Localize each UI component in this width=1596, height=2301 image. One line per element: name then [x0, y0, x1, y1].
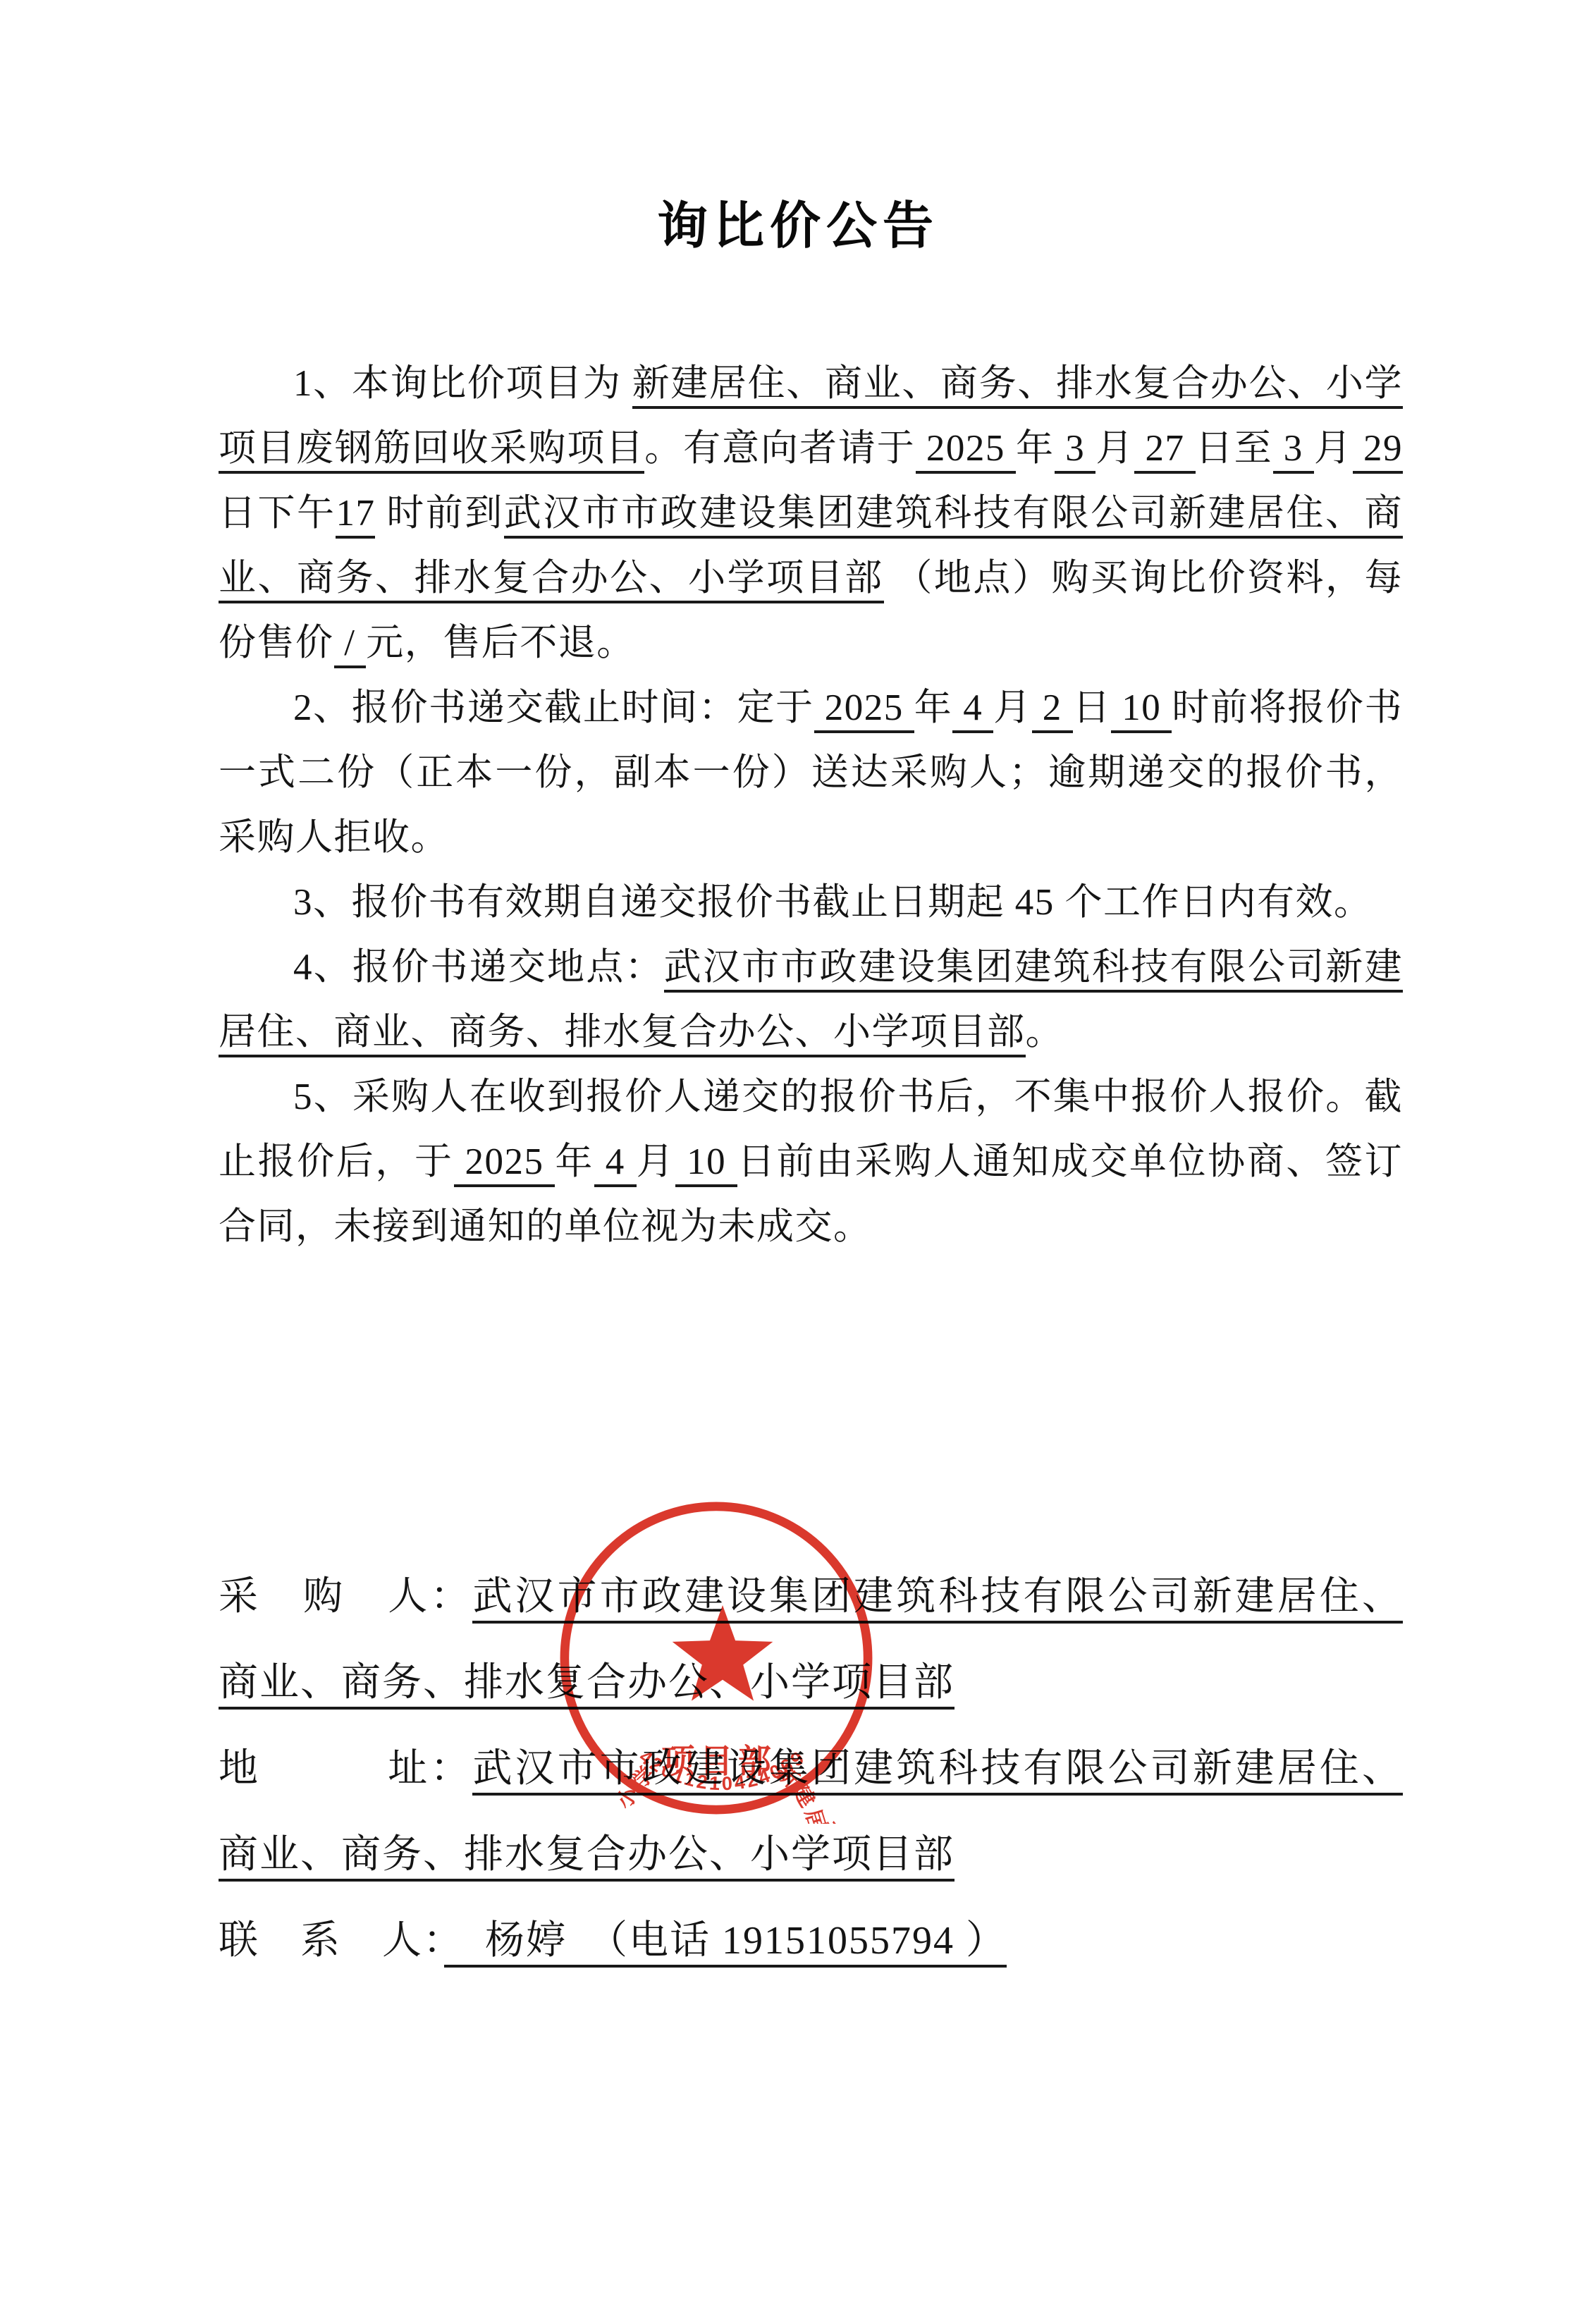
- underlined-fill-in-text: /: [334, 622, 367, 668]
- body-text: 年: [914, 687, 953, 728]
- underlined-fill-in-text: 3: [1273, 428, 1314, 474]
- underlined-fill-in-text: 3: [1055, 428, 1095, 474]
- seal-star: [673, 1605, 773, 1701]
- paragraph-4: 4、报价书递交地点：武汉市市政建设集团建筑科技有限公司新建居住、商业、商务、排水…: [219, 935, 1403, 1064]
- underlined-fill-in-text: 10: [675, 1141, 737, 1187]
- underlined-fill-in-text: 2: [1032, 687, 1073, 733]
- paragraph-1: 1、本询比价项目为 新建居住、商业、商务、排水复合办公、小学项目废钢筋回收采购项…: [219, 351, 1403, 675]
- body-text: 。有意向者请于: [644, 428, 916, 469]
- body-text: 年: [1016, 428, 1055, 469]
- underlined-fill-in-text: 10: [1111, 687, 1172, 733]
- body-text: 月: [637, 1141, 676, 1182]
- underlined-fill-in-text: 4: [594, 1141, 637, 1187]
- body-text: 元，售后不退。: [366, 622, 635, 663]
- body-text: 年: [555, 1141, 594, 1182]
- underlined-fill-in-text: 2025: [814, 687, 914, 733]
- paragraph-3: 3、报价书有效期自递交报价书截止日期起 45 个工作日内有效。: [219, 870, 1403, 935]
- body-text: 日: [1073, 687, 1112, 728]
- contact-label: 联 系 人：: [219, 1919, 444, 1963]
- underlined-fill-in-text: 2025: [454, 1141, 555, 1187]
- document-page: 询比价公告 1、本询比价项目为 新建居住、商业、商务、排水复合办公、小学项目废钢…: [0, 0, 1596, 2301]
- underlined-fill-in-text: 4: [952, 687, 993, 733]
- purchaser-label: 采 购 人：: [219, 1575, 472, 1619]
- body-text: 2、报价书递交截止时间：定于: [293, 687, 814, 728]
- contact-row: 联 系 人： 杨婷 （电话 19151055794 ）: [219, 1898, 1403, 1984]
- announcement-body: 1、本询比价项目为 新建居住、商业、商务、排水复合办公、小学项目废钢筋回收采购项…: [219, 351, 1403, 1259]
- paragraph-5: 5、采购人在收到报价人递交的报价书后，不集中报价人报价。截止报价后，于 2025…: [219, 1064, 1403, 1259]
- seal-outer-text: 武汉市市政建设集团建筑科技有限公司: [551, 1815, 882, 1824]
- body-text: 月: [1095, 428, 1134, 469]
- underlined-fill-in-text: 27: [1134, 428, 1195, 474]
- page-title: 询比价公告: [0, 0, 1596, 258]
- body-text: 3、报价书有效期自递交报价书截止日期起 45 个工作日内有效。: [293, 882, 1373, 923]
- body-text: 月: [1314, 428, 1353, 469]
- underlined-fill-in-text: 2025: [916, 428, 1016, 474]
- body-text: 。: [1026, 1012, 1064, 1053]
- body-text: 4、报价书递交地点：: [293, 947, 664, 988]
- official-seal-stamp: 武汉市市政建设集团建筑科技有限公司 新建居住、商业、商务、排水复合办公、小学 项…: [551, 1492, 882, 1824]
- paragraph-2: 2、报价书递交截止时间：定于 2025 年 4 月 2 日 10 时前将报价书一…: [219, 675, 1403, 870]
- body-text: 日至: [1196, 428, 1273, 469]
- underlined-fill-in-text: 29: [1353, 428, 1403, 474]
- underlined-fill-in-text: 17: [336, 493, 375, 539]
- address-label: 地 址：: [219, 1747, 472, 1791]
- body-text: 日下午: [219, 493, 336, 534]
- contact-value: 杨婷 （电话 19151055794 ）: [444, 1919, 1007, 1968]
- body-text: 1、本询比价项目为: [293, 363, 632, 404]
- body-text: 时前到: [375, 493, 503, 534]
- body-text: 月: [993, 687, 1032, 728]
